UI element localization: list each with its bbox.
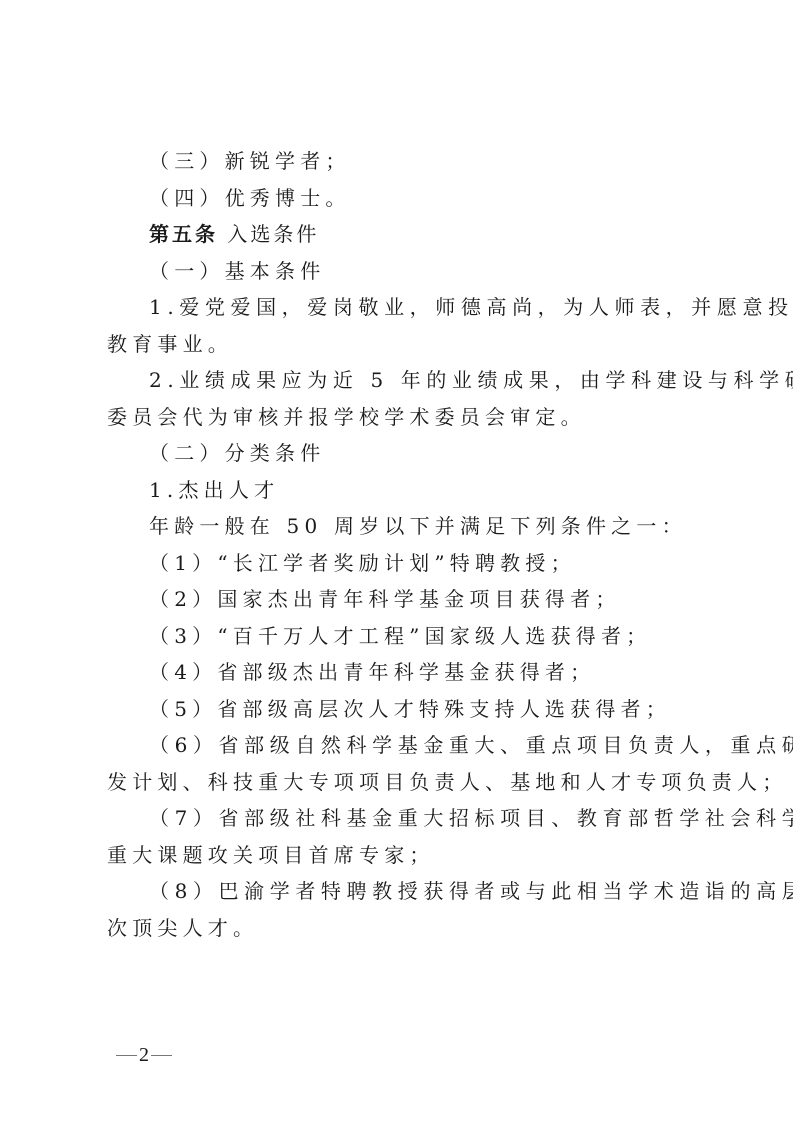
dash-left bbox=[116, 1055, 137, 1056]
paragraph-line: 教育事业。 bbox=[107, 326, 691, 363]
list-item-excellent-doctor: （四）优秀博士。 bbox=[107, 180, 691, 217]
list-item-continuation: 次顶尖人才。 bbox=[107, 910, 691, 947]
dash-right bbox=[151, 1055, 172, 1056]
list-item: （1）“长江学者奖励计划”特聘教授； bbox=[107, 545, 691, 582]
list-item: （2）国家杰出青年科学基金项目获得者； bbox=[107, 581, 691, 618]
list-item-continuation: 发计划、科技重大专项项目负责人、基地和人才专项负责人； bbox=[107, 764, 691, 801]
paragraph-line: 1.爱党爱国，爱岗敬业，师德高尚，为人师表，并愿意投身 bbox=[107, 289, 691, 326]
page-footer: 2 bbox=[116, 1044, 172, 1067]
paragraph-line: 年龄一般在 50 周岁以下并满足下列条件之一： bbox=[107, 508, 691, 545]
subsection-heading: 1.杰出人才 bbox=[107, 472, 691, 509]
list-item: （3）“百千万人才工程”国家级人选获得者； bbox=[107, 618, 691, 655]
article-heading: 第五条 入选条件 bbox=[107, 216, 691, 253]
list-item: （7）省部级社科基金重大招标项目、教育部哲学社会科学 bbox=[107, 800, 691, 837]
list-item: （6）省部级自然科学基金重大、重点项目负责人，重点研 bbox=[107, 727, 691, 764]
list-item: （8）巴渝学者特聘教授获得者或与此相当学术造诣的高层 bbox=[107, 873, 691, 910]
section-heading-basic: （一）基本条件 bbox=[107, 253, 691, 290]
document-page: （三）新锐学者； （四）优秀博士。 第五条 入选条件 （一）基本条件 1.爱党爱… bbox=[107, 143, 691, 946]
page-number: 2 bbox=[137, 1044, 151, 1067]
list-item: （4）省部级杰出青年科学基金获得者； bbox=[107, 654, 691, 691]
article-title: 入选条件 bbox=[218, 222, 319, 246]
list-item: （5）省部级高层次人才特殊支持人选获得者； bbox=[107, 691, 691, 728]
section-heading-category: （二）分类条件 bbox=[107, 435, 691, 472]
paragraph-line: 2.业绩成果应为近 5 年的业绩成果，由学科建设与科学研究 bbox=[107, 362, 691, 399]
paragraph-line: 委员会代为审核并报学校学术委员会审定。 bbox=[107, 399, 691, 436]
list-item-continuation: 重大课题攻关项目首席专家； bbox=[107, 837, 691, 874]
article-label: 第五条 bbox=[149, 222, 218, 246]
list-item-xinrui-scholar: （三）新锐学者； bbox=[107, 143, 691, 180]
